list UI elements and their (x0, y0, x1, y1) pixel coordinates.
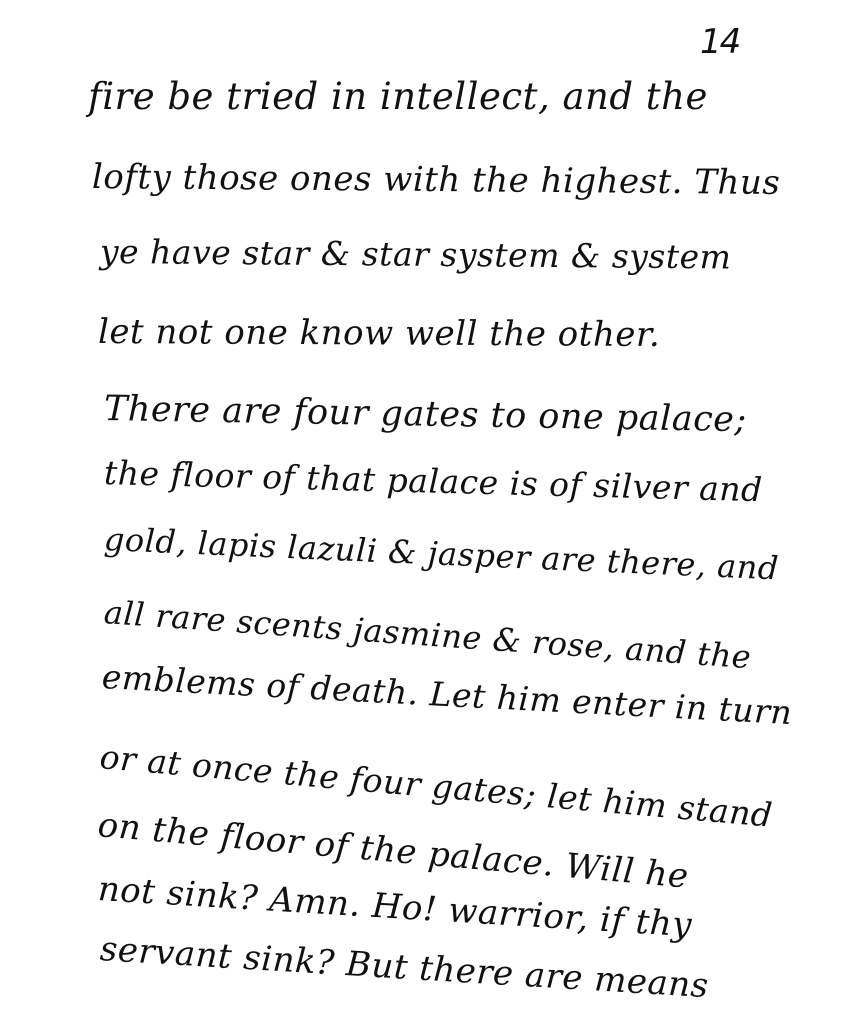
manuscript-line: the floor of that palace is of silver an… (104, 456, 764, 506)
manuscript-line: let not one know well the other. (98, 315, 660, 352)
manuscript-line: lofty those ones with the highest. Thus (92, 160, 781, 200)
manuscript-line: There are four gates to one palace; (104, 392, 747, 438)
page-number: 14 (700, 22, 739, 62)
manuscript-line: fire be tried in intellect, and the (88, 78, 708, 115)
manuscript-line: servant sink? But there are means (99, 932, 710, 1003)
manuscript-line: ye have star & star system & system (100, 235, 732, 274)
manuscript-page: 14 fire be tried in intellect, and the l… (0, 0, 857, 1024)
manuscript-line: gold, lapis lazuli & jasper are there, a… (103, 523, 779, 584)
